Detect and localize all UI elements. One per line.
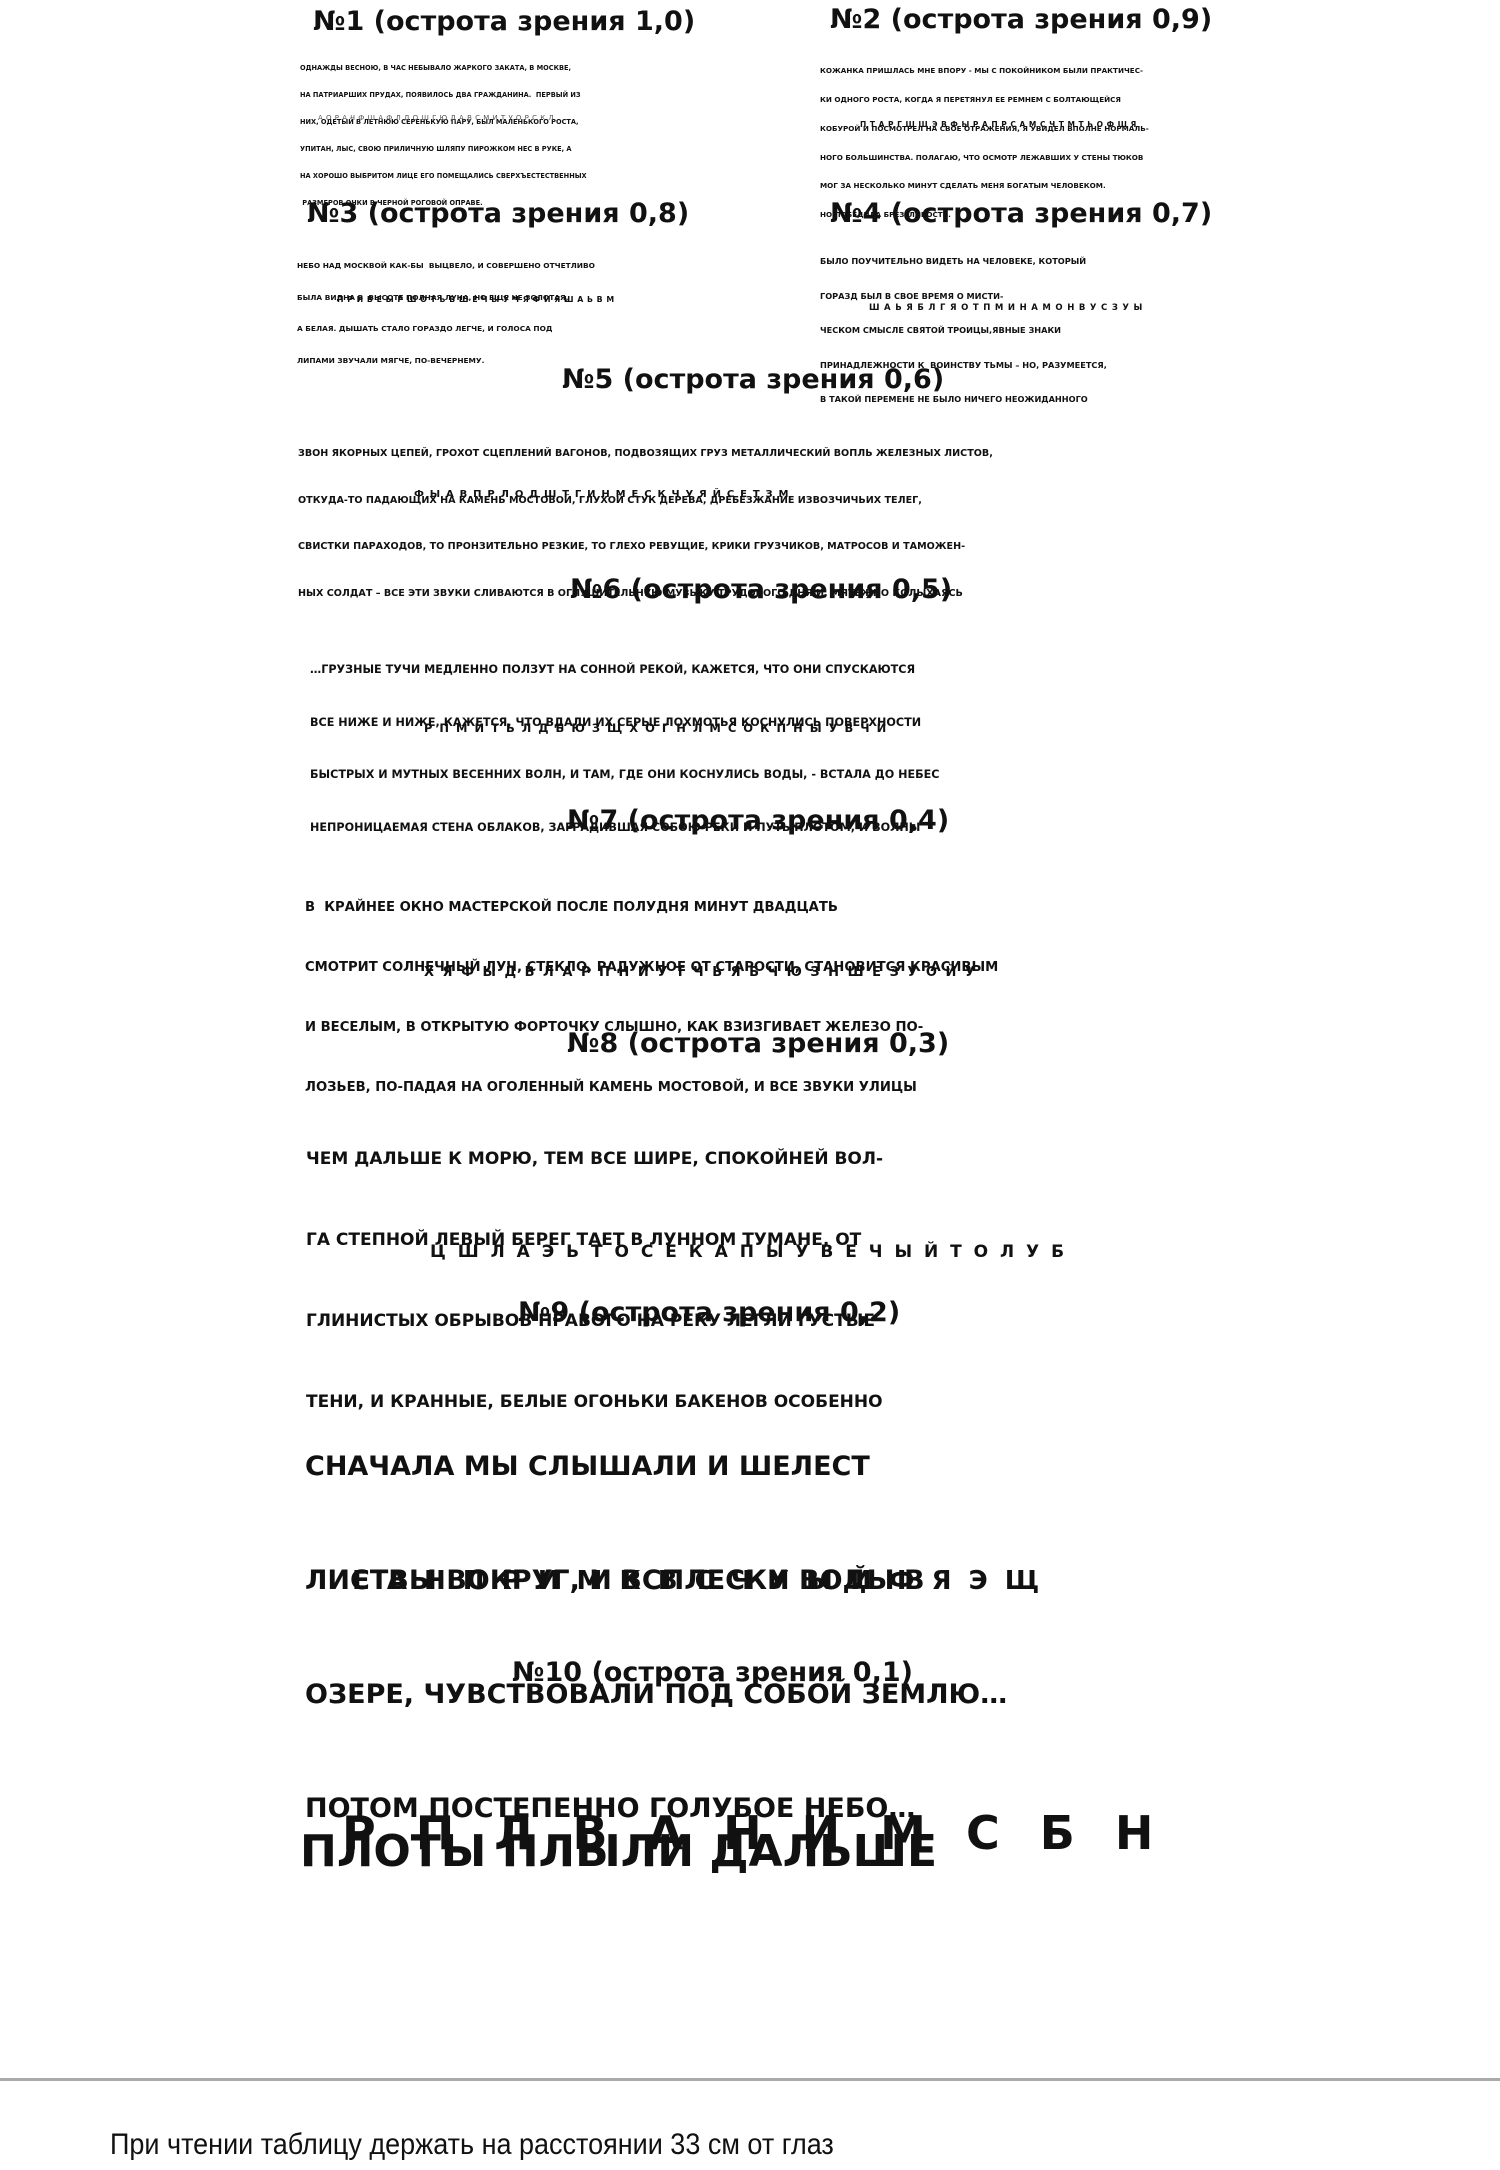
reading-distance-instruction: При чтении таблицу держать на расстоянии… [110, 2128, 834, 2162]
row-7-header: №7 (острота зрения 0,4) [567, 805, 949, 836]
row-7-letters: Х Я Ф Ы Д В Л А Р П Н И У Т Ч Ь Я Б Ч Ю … [424, 965, 977, 980]
row-2-line: МОГ ЗА НЕСКОЛЬКО МИНУТ СДЕЛАТЬ МЕНЯ БОГА… [820, 181, 1149, 191]
row-3-letters: П Р И В Е Ы Р Ш О Т Ь В Ш Е Ч Ы У Ч Я Ф … [337, 295, 615, 304]
row-8-line: ЧЕМ ДАЛЬШЕ К МОРЮ, ТЕМ ВСЕ ШИРЕ, СПОКОЙН… [306, 1146, 883, 1173]
row-4-line: В ТАКОЙ ПЕРЕМЕНЕ НЕ БЫЛО НИЧЕГО НЕОЖИДАН… [820, 394, 1107, 406]
row-8-header: №8 (острота зрения 0,3) [567, 1028, 949, 1059]
footer-divider [0, 2078, 1500, 2081]
row-3-paragraph: НЕБО НАД МОСКВОЙ КАК-БЫ ВЫЦВЕЛО, И СОВЕР… [297, 240, 595, 387]
row-5-header: №5 (острота зрения 0,6) [562, 364, 944, 395]
row-6-header: №6 (острота зрения 0,5) [570, 574, 952, 605]
row-10-header: №10 (острота зрения 0,1) [512, 1657, 913, 1688]
row-7-line: В КРАЙНЕЕ ОКНО МАСТЕРСКОЙ ПОСЛЕ ПОЛУДНЯ … [305, 898, 998, 918]
row-9-letters: Е А Н П Р И М К В С Ч У Ы Й Ф Я Э Щ [352, 1566, 1043, 1596]
row-3-header: №3 (острота зрения 0,8) [307, 198, 689, 229]
row-1-header: №1 (острота зрения 1,0) [313, 6, 695, 37]
row-5-letters: Ф Ы А В П Р Л О Д Ш Т Г И Н М Е С К Ч У … [414, 489, 790, 500]
row-6-line: …ГРУЗНЫЕ ТУЧИ МЕДЛЕННО ПОЛЗУТ НА СОННОЙ … [310, 661, 940, 679]
row-2-line: НОГО БОЛЬШИНСТВА. ПОЛАГАЮ, ЧТО ОСМОТР ЛЕ… [820, 153, 1149, 163]
row-4-line: ЧЕСКОМ СМЫСЛЕ СВЯТОЙ ТРОИЦЫ,ЯВНЫЕ ЗНАКИ [820, 325, 1107, 337]
row-4-line: БЫЛО ПОУЧИТЕЛЬНО ВИДЕТЬ НА ЧЕЛОВЕКЕ, КОТ… [820, 256, 1107, 268]
row-9-header: №9 (острота зрения 0,2) [518, 1297, 900, 1328]
row-2-header: №2 (острота зрения 0,9) [830, 4, 1212, 35]
row-4-header: №4 (острота зрения 0,7) [830, 198, 1212, 229]
row-4-letters: Ш А Ь Я Б Л Г Я О Т П М И Н А М О Н В У … [869, 303, 1143, 313]
row-5-line: ЗВОН ЯКОРНЫХ ЦЕПЕЙ, ГРОХОТ СЦЕПЛЕНИЙ ВАГ… [298, 446, 993, 462]
row-1-line: НА ХОРОШО ВЫБРИТОМ ЛИЦЕ ЕГО ПОМЕЩАЛИСЬ С… [300, 172, 587, 181]
row-3-line: НЕБО НАД МОСКВОЙ КАК-БЫ ВЫЦВЕЛО, И СОВЕР… [297, 261, 595, 272]
row-8-letters: Ц Ш Л А Э Ь Т О С Е К А П Ы У В Е Ч Ы Й … [430, 1242, 1067, 1262]
row-9-line: СНАЧАЛА МЫ СЛЫШАЛИ И ШЕЛЕСТ [305, 1448, 1007, 1486]
row-1-line: НА ПАТРИАРШИХ ПРУДАХ, ПОЯВИЛОСЬ ДВА ГРАЖ… [300, 91, 587, 100]
row-5-line: СВИСТКИ ПАРАХОДОВ, ТО ПРОНЗИТЕЛЬНО РЕЗКИ… [298, 539, 993, 555]
row-1-letters: А О Р А Ч Ф Ш А Ф Л Д О Ш Г Ю Д А В С М … [318, 114, 554, 122]
row-3-line: А БЕЛАЯ. ДЫШАТЬ СТАЛО ГОРАЗДО ЛЕГЧЕ, И Г… [297, 324, 595, 335]
row-2-letters: П Т А Р Г Ш Щ Э В Ф Ы Р А П Р С А М С Ч … [860, 120, 1137, 129]
row-1-line: УПИТАН, ЛЫС, СВОЮ ПРИЛИЧНУЮ ШЛЯПУ ПИРОЖК… [300, 145, 587, 154]
row-2-line: КОЖАНКА ПРИШЛАСЬ МНЕ ВПОРУ - МЫ С ПОКОЙН… [820, 66, 1149, 76]
row-2-line: КИ ОДНОГО РОСТА, КОГДА Я ПЕРЕТЯНУЛ ЕЕ РЕ… [820, 95, 1149, 105]
row-6-letters: Р П М И Т Ь Л Д Б Ю З Щ Х О Г Н Л М С О … [424, 721, 888, 735]
row-4-paragraph: БЫЛО ПОУЧИТЕЛЬНО ВИДЕТЬ НА ЧЕЛОВЕКЕ, КОТ… [820, 233, 1107, 429]
row-1-line: ОДНАЖДЫ ВЕСНОЮ, В ЧАС НЕБЫВАЛО ЖАРКОГО З… [300, 64, 587, 73]
row-10-letters: Р П Л В А Н И М С Б Н [342, 1806, 1165, 1860]
row-6-line: БЫСТРЫХ И МУТНЫХ ВЕСЕННИХ ВОЛН, И ТАМ, Г… [310, 766, 940, 784]
row-4-line: ГОРАЗД БЫЛ В СВОЕ ВРЕМЯ О МИСТИ- [820, 291, 1107, 303]
row-3-line: ЛИПАМИ ЗВУЧАЛИ МЯГЧЕ, ПО-ВЕЧЕРНЕМУ. [297, 356, 595, 367]
